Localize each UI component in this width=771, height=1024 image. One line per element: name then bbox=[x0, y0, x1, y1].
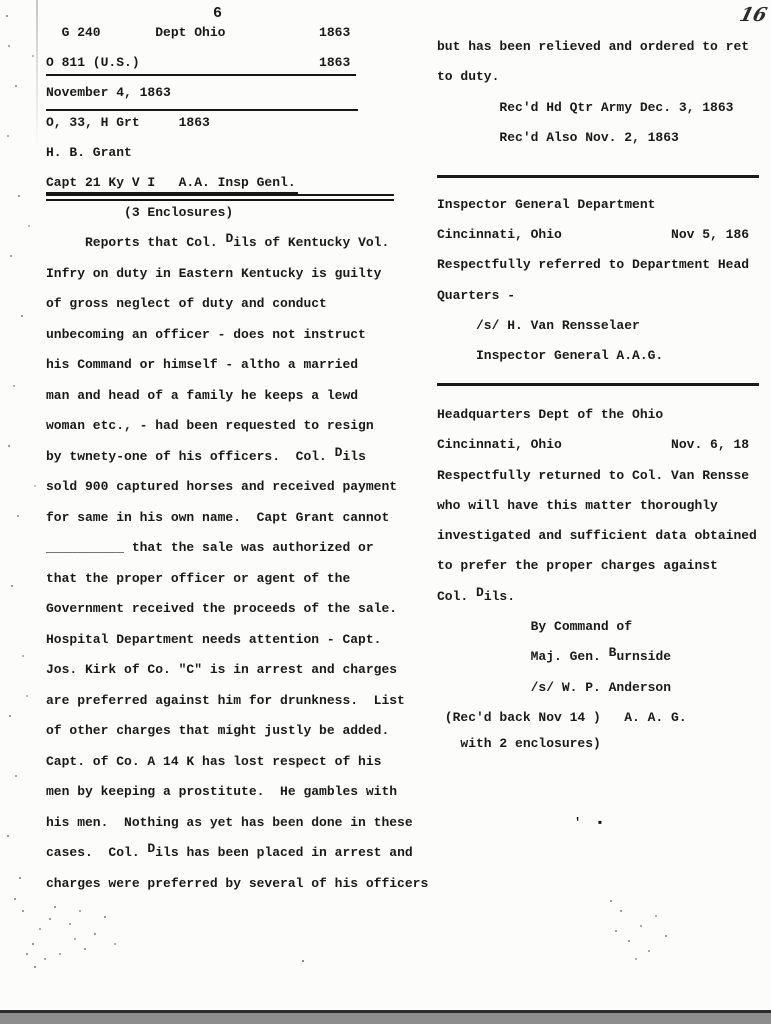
text-line: of gross neglect of duty and conduct bbox=[46, 289, 438, 320]
raised-letter: D bbox=[225, 231, 233, 246]
text-line: to prefer the proper charges against bbox=[437, 551, 771, 581]
text-line: (Rec'd back Nov 14 ) A. A. G. bbox=[437, 703, 771, 733]
text-line: /s/ W. P. Anderson bbox=[437, 673, 771, 703]
scan-noise-left-edge bbox=[6, 15, 8, 17]
text-line: investigated and sufficient data obtaine… bbox=[437, 521, 771, 551]
raised-letter: D bbox=[147, 841, 155, 856]
text-line: Cincinnati, Ohio Nov 5, 186 bbox=[437, 220, 771, 250]
raised-letter: D bbox=[335, 445, 343, 460]
scan-noise-bottom-left bbox=[14, 898, 16, 900]
docket-header: G 240 Dept Ohio 1863O 811 (U.S.) 1863Nov… bbox=[46, 18, 438, 228]
text-line: Rec'd Also Nov. 2, 1863 bbox=[437, 123, 771, 153]
text-line: Capt 21 Ky V I A.A. Insp Genl. bbox=[46, 168, 438, 198]
text-line: Maj. Gen. Burnside bbox=[437, 642, 771, 672]
left-column: G 240 Dept Ohio 1863O 811 (U.S.) 1863Nov… bbox=[46, 18, 438, 899]
text-line: H. B. Grant bbox=[46, 138, 438, 168]
text-line: Headquarters Dept of the Ohio bbox=[437, 400, 771, 430]
scanner-edge-bar bbox=[0, 1010, 771, 1024]
stray-ink-marks: ' ▪ bbox=[574, 816, 608, 830]
text-line: By Command of bbox=[437, 612, 771, 642]
text-line: for same in his own name. Capt Grant can… bbox=[46, 503, 438, 534]
text-line: Inspector General Department bbox=[437, 190, 771, 220]
text-line: cases. Col. Dils has been placed in arre… bbox=[46, 838, 438, 869]
right-column: but has been relieved and ordered to ret… bbox=[437, 32, 771, 757]
text-line: to duty. bbox=[437, 62, 771, 92]
text-line: Infry on duty in Eastern Kentucky is gui… bbox=[46, 259, 438, 290]
text-line: Inspector General A.A.G. bbox=[437, 341, 771, 371]
handwritten-folio-number: 16 bbox=[737, 4, 769, 26]
text-line: /s/ H. Van Rensselaer bbox=[437, 311, 771, 341]
text-line: Jos. Kirk of Co. "C" is in arrest and ch… bbox=[46, 655, 438, 686]
text-line: his men. Nothing as yet has been done in… bbox=[46, 808, 438, 839]
section-divider-rule bbox=[437, 175, 759, 178]
text-line: November 4, 1863 bbox=[46, 78, 438, 108]
text-line: (3 Enclosures) bbox=[46, 198, 438, 228]
text-line: Capt. of Co. A 14 K has lost respect of … bbox=[46, 747, 438, 778]
text-line: O, 33, H Grt 1863 bbox=[46, 108, 438, 138]
text-line: but has been relieved and ordered to ret bbox=[437, 32, 771, 62]
text-line: his Command or himself - altho a married bbox=[46, 350, 438, 381]
text-line: O 811 (U.S.) 1863 bbox=[46, 48, 438, 78]
scanned-document-page: { "colors": { "ink": "#1a1a1a", "paper":… bbox=[0, 0, 771, 1024]
text-line: G 240 Dept Ohio 1863 bbox=[46, 18, 438, 48]
text-line: __________ that the sale was authorized … bbox=[46, 533, 438, 564]
text-line: Hospital Department needs attention - Ca… bbox=[46, 625, 438, 656]
section-divider-rule bbox=[437, 383, 759, 386]
text-line: of other charges that might justly be ad… bbox=[46, 716, 438, 747]
text-line: charges were preferred by several of his… bbox=[46, 869, 438, 900]
text-line: Government received the proceeds of the … bbox=[46, 594, 438, 625]
text-line: with 2 enclosures) bbox=[437, 733, 771, 757]
text-line: Reports that Col. Dils of Kentucky Vol. bbox=[46, 228, 438, 259]
text-line: are preferred against him for drunkness.… bbox=[46, 686, 438, 717]
text-line: who will have this matter thoroughly bbox=[437, 491, 771, 521]
text-line: unbecoming an officer - does not instruc… bbox=[46, 320, 438, 351]
raised-letter: D bbox=[476, 585, 484, 600]
text-line: Col. Dils. bbox=[437, 582, 771, 612]
text-line: Respectfully returned to Col. Van Rensse bbox=[437, 461, 771, 491]
text-line: by twnety-one of his officers. Col. Dils bbox=[46, 442, 438, 473]
text-line: woman etc., - had been requested to resi… bbox=[46, 411, 438, 442]
text-line: that the proper officer or agent of the bbox=[46, 564, 438, 595]
raised-letter: B bbox=[609, 645, 617, 660]
report-abstract-paragraph: Reports that Col. Dils of Kentucky Vol.I… bbox=[46, 228, 438, 899]
text-line: Cincinnati, Ohio Nov. 6, 18 bbox=[437, 430, 771, 460]
scan-noise-bottom-middle bbox=[610, 900, 612, 902]
scan-smudge bbox=[36, 0, 38, 150]
text-line: Respectfully referred to Department Head bbox=[437, 250, 771, 280]
text-line: men by keeping a prostitute. He gambles … bbox=[46, 777, 438, 808]
text-line: Rec'd Hd Qtr Army Dec. 3, 1863 bbox=[437, 93, 771, 123]
endorsements-section: but has been relieved and ordered to ret… bbox=[437, 32, 771, 757]
text-line: sold 900 captured horses and received pa… bbox=[46, 472, 438, 503]
text-line: Quarters - bbox=[437, 281, 771, 311]
text-line: man and head of a family he keeps a lewd bbox=[46, 381, 438, 412]
